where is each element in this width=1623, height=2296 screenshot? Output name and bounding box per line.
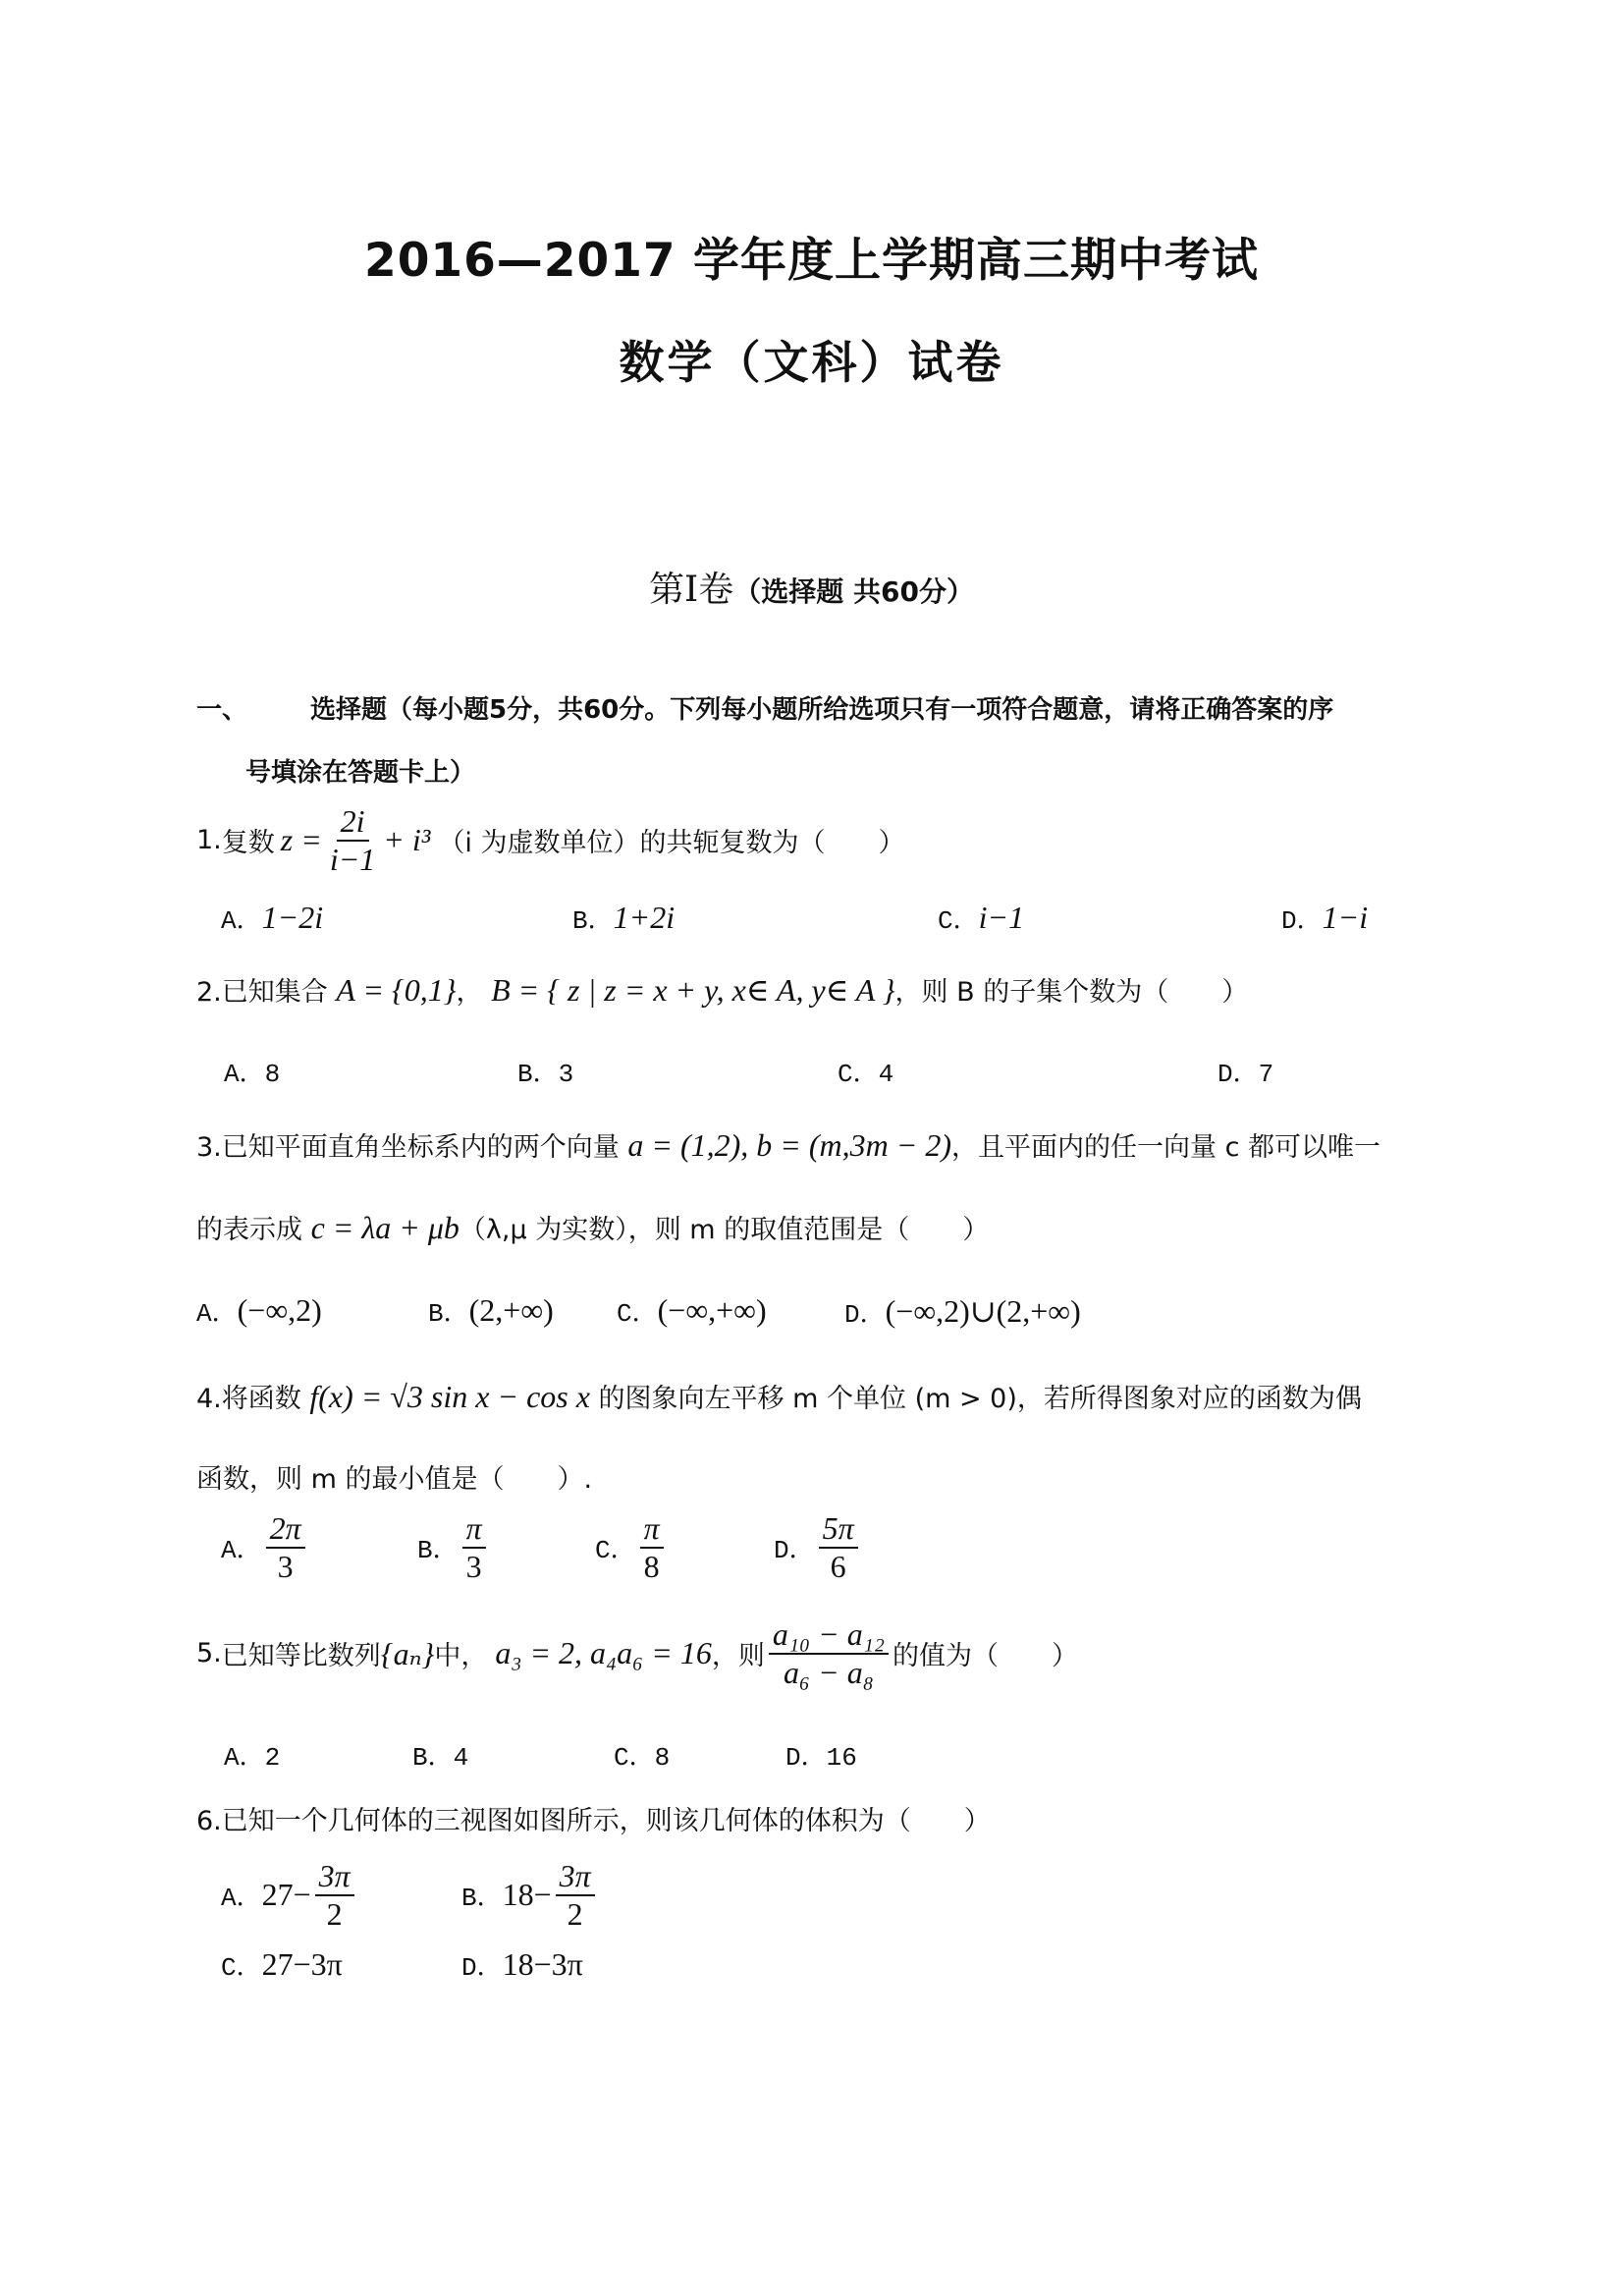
question-text: 的表示成 — [196, 1215, 302, 1245]
question-text: ，且平面内的任一向量 c 都可以唯一 — [951, 1132, 1380, 1163]
question-text: 已知等比数列 — [222, 1634, 381, 1672]
fraction: 2ii−1 — [326, 803, 379, 878]
option-a[interactable]: A．8 — [224, 1053, 280, 1089]
question-text: （i 为虚数单位）的共轭复数为（ ） — [438, 821, 904, 859]
formula: {aₙ} — [381, 1635, 435, 1672]
option-b[interactable]: B．4 — [412, 1736, 468, 1773]
question-number: 4. — [196, 1384, 222, 1414]
section-instructions-line1: 选择题（每小题5分，共60分。下列每小题所给选项只有一项符合题意，请将正确答案的… — [310, 689, 1333, 726]
option-a[interactable]: A．2 — [224, 1736, 280, 1773]
section-number: 一、 — [196, 689, 247, 726]
question-3-line2: 的表示成 c = λa + μb（λ,μ 为实数），则 m 的取值范围是（ ） — [196, 1208, 989, 1246]
section-instructions-line2: 号填涂在答题卡上） — [245, 752, 475, 789]
option-d[interactable]: D．7 — [1217, 1053, 1273, 1089]
option-b[interactable]: B．18−3π2 — [461, 1858, 599, 1933]
question-text: 已知一个几何体的三视图如图所示，则该几何体的体积为（ ） — [222, 1806, 991, 1836]
question-2: 2.已知集合 A = {0,1}， B = { z | z = x + y, x… — [196, 970, 1248, 1009]
question-number: 5. — [196, 1638, 222, 1668]
question-number: 3. — [196, 1132, 222, 1163]
formula: z = — [281, 822, 322, 858]
question-4-line2: 函数，则 m 的最小值是（ ）. — [196, 1457, 592, 1496]
question-text: 的图象向左平移 m 个单位 (m > 0)，若所得图象对应的函数为偶 — [599, 1384, 1362, 1414]
option-d[interactable]: D．1−i — [1281, 900, 1368, 936]
volume-note: （选择题 共60分） — [733, 575, 974, 608]
option-a[interactable]: A．(−∞,2) — [196, 1292, 322, 1329]
option-d[interactable]: D．5π6 — [774, 1510, 862, 1585]
question-text: 已知平面直角坐标系内的两个向量 — [222, 1132, 620, 1163]
formula: A = {0,1} — [336, 972, 456, 1008]
question-text: 的值为（ ） — [893, 1634, 1078, 1672]
formula: a₃ = 2, a₄a₆ = 16 — [495, 1635, 712, 1671]
formula: B = { z | z = x + y, x∈ A, y∈ A } — [491, 972, 894, 1008]
option-d[interactable]: D．18−3π — [461, 1946, 583, 1983]
question-text: 复数 — [222, 821, 275, 859]
option-a[interactable]: A．1−2i — [221, 900, 323, 936]
formula: c = λa + μb — [311, 1210, 460, 1245]
question-number: 1. — [196, 825, 222, 855]
question-3-line1: 3.已知平面直角坐标系内的两个向量 a = (1,2), b = (m,3m −… — [196, 1125, 1380, 1164]
option-b[interactable]: B．3 — [517, 1053, 573, 1089]
option-c[interactable]: C．i−1 — [938, 900, 1024, 936]
formula: + i³ — [383, 822, 430, 858]
question-text: 将函数 — [222, 1384, 301, 1414]
question-5: 5.已知等比数列 {aₙ}中， a₃ = 2, a₄a₆ = 16，则 a₁₀ … — [196, 1616, 1078, 1691]
option-d[interactable]: D．16 — [785, 1736, 857, 1773]
option-a[interactable]: A．27−3π2 — [221, 1858, 358, 1933]
fraction: a₁₀ − a₁₂a₆ − a₈ — [769, 1616, 889, 1691]
option-c[interactable]: C．π8 — [595, 1510, 668, 1585]
question-number: 6. — [196, 1806, 222, 1836]
option-c[interactable]: C．8 — [614, 1736, 670, 1773]
formula: a = (1,2), b = (m,3m − 2) — [627, 1127, 951, 1163]
option-c[interactable]: C．27−3π — [221, 1946, 343, 1983]
option-c[interactable]: C．(−∞,+∞) — [617, 1292, 767, 1329]
volume-heading: 第Ⅰ卷（选择题 共60分） — [0, 562, 1623, 612]
question-text: ，则 B 的子集个数为（ ） — [895, 977, 1249, 1008]
formula: f(x) = √3 sin x − cos x — [309, 1379, 590, 1414]
question-number: 2. — [196, 977, 222, 1008]
question-6: 6.已知一个几何体的三视图如图所示，则该几何体的体积为（ ） — [196, 1799, 991, 1837]
exam-title: 2016—2017 学年度上学期高三期中考试 — [0, 224, 1623, 290]
volume-label: 第Ⅰ卷 — [649, 570, 733, 610]
exam-subtitle: 数学（文科）试卷 — [0, 327, 1623, 392]
question-text: （λ,μ 为实数），则 m 的取值范围是（ ） — [460, 1215, 989, 1245]
question-1: 1. 复数 z = 2ii−1 + i³ （i 为虚数单位）的共轭复数为（ ） — [196, 803, 904, 878]
option-a[interactable]: A．2π3 — [221, 1510, 309, 1585]
option-b[interactable]: B．(2,+∞) — [428, 1292, 554, 1329]
option-b[interactable]: B．π3 — [417, 1510, 490, 1585]
option-d[interactable]: D．(−∞,2)∪(2,+∞) — [844, 1292, 1081, 1330]
question-4-line1: 4.将函数 f(x) = √3 sin x − cos x 的图象向左平移 m … — [196, 1377, 1362, 1415]
question-text: 已知集合 — [222, 977, 328, 1008]
option-c[interactable]: C．4 — [838, 1053, 893, 1089]
option-b[interactable]: B．1+2i — [572, 900, 675, 936]
